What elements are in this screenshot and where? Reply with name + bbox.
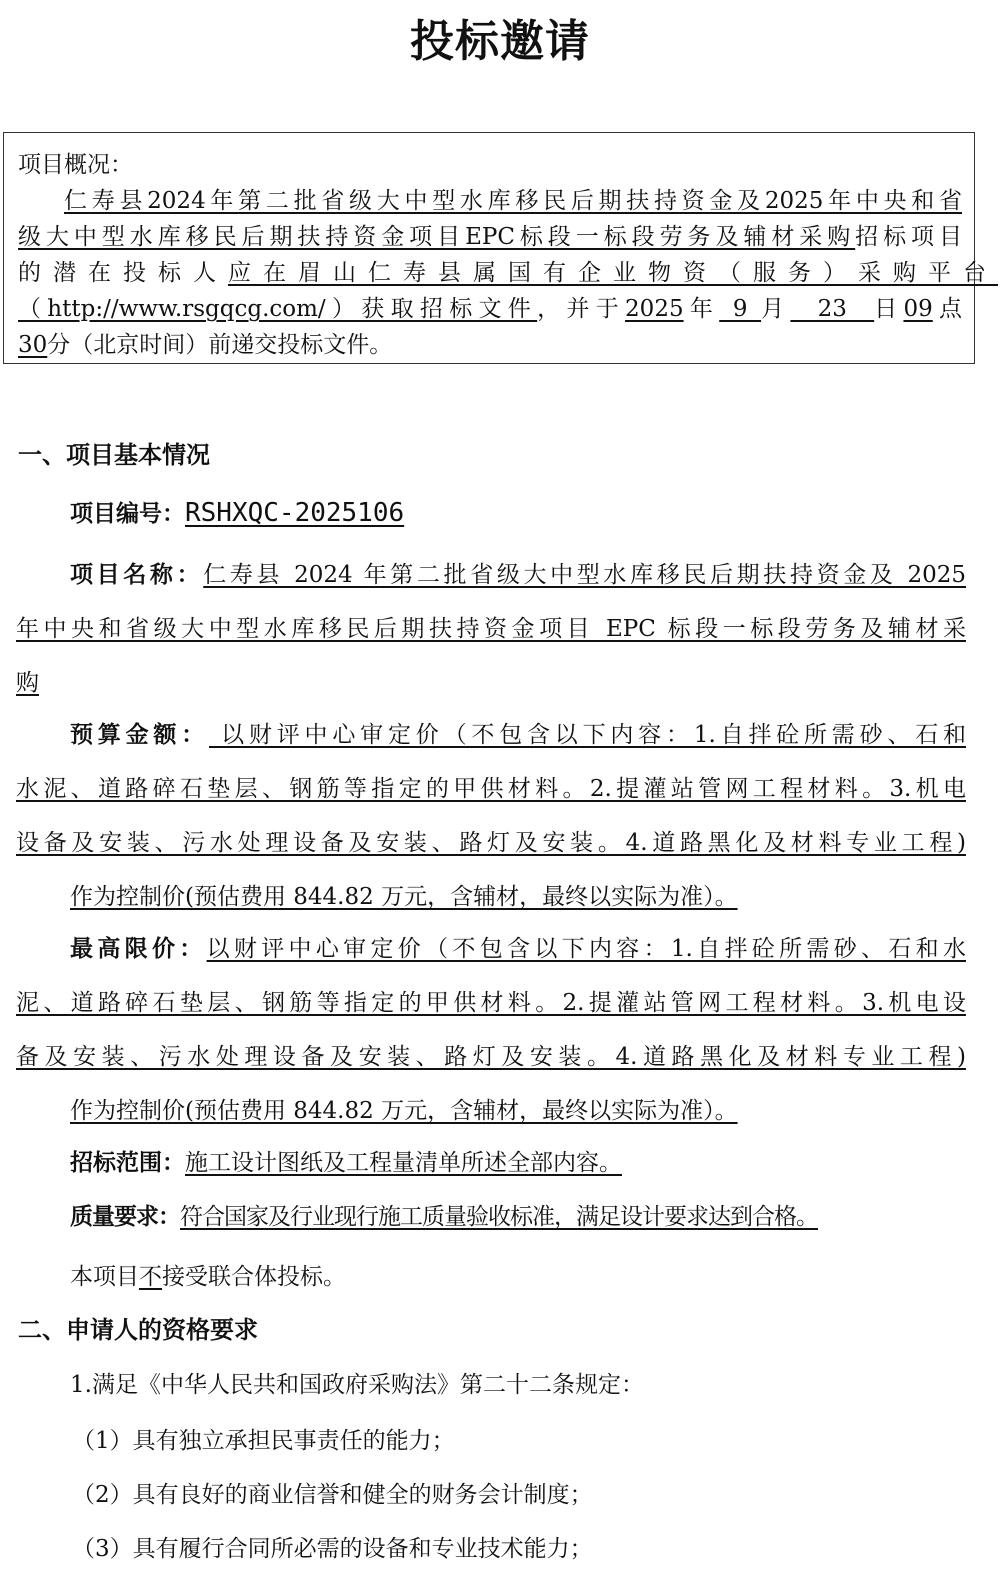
overview-text: ，并于 [537, 296, 625, 322]
consortium-emphasis: 不 [139, 1264, 162, 1290]
consortium-note: 本项目不接受联合体投标。 [16, 1250, 966, 1304]
overview-line-5: 30分（北京时间）前递交投标文件。 [18, 327, 962, 363]
project-name: 项目名称：仁寿县 2024 年第二批省级大中型水库移民后期扶持资金及 2025 … [16, 548, 966, 710]
budget-label: 预算金额： [70, 722, 209, 748]
quality-value: 符合国家及行业现行施工质量验收标准，满足设计要求达到合格。 [180, 1204, 818, 1230]
bid-scope: 招标范围：施工设计图纸及工程量清单所述全部内容。 [16, 1136, 966, 1190]
project-name-row-3: 购 [16, 656, 966, 710]
overview-text: 点 [933, 296, 962, 322]
overview-line-4: （http://www.rsgqcg.com/）获取招标文件，并于2025年 9… [18, 291, 962, 327]
max-price-row-1: 最高限价：以财评中心审定价（不包含以下内容：1.自拌砼所需砂、石和水 [16, 922, 966, 976]
max-price-value: 作为控制价(预估费用 844.82 万元，含辅材，最终以实际为准）。 [70, 1098, 738, 1124]
max-price-value: 备及安装、污水处理设备及安装、路灯及安装。4.道路黑化及材料专业工程) [16, 1044, 966, 1070]
budget-value: 作为控制价(预估费用 844.82 万元，含辅材，最终以实际为准）。 [70, 884, 738, 910]
overview-project-name-part2: 级大中型水库移民后期扶持资金项目EPC标段一标段劳务及辅材采购 [18, 224, 855, 250]
max-price: 最高限价：以财评中心审定价（不包含以下内容：1.自拌砼所需砂、石和水 泥、道路碎… [16, 922, 966, 1138]
overview-text: 分（北京时间）前递交投标文件。 [47, 332, 392, 358]
overview-heading: 项目概况： [18, 147, 962, 183]
deadline-month: 9 [719, 296, 761, 322]
project-name-value: 仁寿县 2024 年第二批省级大中型水库移民后期扶持资金及 2025 [203, 562, 966, 588]
deadline-minute: 30 [18, 332, 47, 358]
overview-platform-url-link[interactable]: （http://www.rsgqcg.com/）获取招标文件 [18, 296, 537, 322]
page-title: 投标邀请 [0, 14, 1000, 70]
budget-value: 设备及安装、污水处理设备及安装、路灯及安装。4.道路黑化及材料专业工程) [16, 830, 966, 856]
max-price-row-4: 作为控制价(预估费用 844.82 万元，含辅材，最终以实际为准）。 [16, 1084, 966, 1138]
deadline-hour: 09 [903, 296, 932, 322]
budget-value: 以财评中心审定价（不包含以下内容：1.自拌砼所需砂、石和 [209, 722, 966, 748]
budget-amount: 预算金额： 以财评中心审定价（不包含以下内容：1.自拌砼所需砂、石和 水泥、道路… [16, 708, 966, 924]
project-name-row-1: 项目名称：仁寿县 2024 年第二批省级大中型水库移民后期扶持资金及 2025 [16, 548, 966, 602]
overview-text: 日 [874, 296, 903, 322]
project-number: 项目编号：RSHXQC-2025106 [16, 486, 966, 540]
project-number-label: 项目编号： [70, 501, 185, 527]
bid-scope-row: 招标范围：施工设计图纸及工程量清单所述全部内容。 [16, 1136, 966, 1190]
budget-value: 水泥、道路碎石垫层、钢筋等指定的甲供材料。2.提灌站管网工程材料。3.机电 [16, 776, 966, 802]
consortium-text: 接受联合体投标。 [162, 1264, 346, 1290]
overview-text: 月 [761, 296, 790, 322]
deadline-day: 23 [790, 296, 874, 322]
budget-row-2: 水泥、道路碎石垫层、钢筋等指定的甲供材料。2.提灌站管网工程材料。3.机电 [16, 762, 966, 816]
quality-label: 质量要求： [70, 1204, 180, 1230]
budget-row-3: 设备及安装、污水处理设备及安装、路灯及安装。4.道路黑化及材料专业工程) [16, 816, 966, 870]
project-name-value: 年中央和省级大中型水库移民后期扶持资金项目 EPC 标段一标段劳务及辅材采 [16, 616, 966, 642]
consortium-text: 本项目 [70, 1264, 139, 1290]
overview-text: 年 [684, 296, 720, 322]
overview-project-name-part1: 仁寿县2024年第二批省级大中型水库移民后期扶持资金及2025年中央和省 [64, 188, 962, 214]
budget-row-4: 作为控制价(预估费用 844.82 万元，含辅材，最终以实际为准）。 [16, 870, 966, 924]
overview-text: 的潜在投标人 [18, 260, 228, 286]
max-price-row-3: 备及安装、污水处理设备及安装、路灯及安装。4.道路黑化及材料专业工程) [16, 1030, 966, 1084]
overview-text: 招标项目 [855, 224, 962, 250]
deadline-year: 2025 [625, 296, 684, 322]
qualification-item-1: （1）具有独立承担民事责任的能力； [72, 1424, 455, 1458]
section-heading-qualifications: 二、申请人的资格要求 [18, 1313, 258, 1347]
quality-requirement: 质量要求：符合国家及行业现行施工质量验收标准，满足设计要求达到合格。 [16, 1190, 966, 1244]
project-name-label: 项目名称： [70, 562, 203, 588]
overview-line-3: 的潜在投标人应在眉山仁寿县属国有企业物资（服务）采购平台 [18, 255, 962, 291]
max-price-value: 泥、道路碎石垫层、钢筋等指定的甲供材料。2.提灌站管网工程材料。3.机电设 [16, 990, 966, 1016]
bid-scope-label: 招标范围： [70, 1150, 185, 1176]
project-name-value: 购 [16, 670, 39, 696]
quality-row: 质量要求：符合国家及行业现行施工质量验收标准，满足设计要求达到合格。 [16, 1190, 966, 1244]
max-price-row-2: 泥、道路碎石垫层、钢筋等指定的甲供材料。2.提灌站管网工程材料。3.机电设 [16, 976, 966, 1030]
project-number-value: RSHXQC-2025106 [185, 498, 404, 528]
overview-line-1: 仁寿县2024年第二批省级大中型水库移民后期扶持资金及2025年中央和省 [18, 183, 962, 219]
project-number-row: 项目编号：RSHXQC-2025106 [16, 486, 966, 540]
overview-platform-name: 应在眉山仁寿县属国有企业物资（服务）采购平台 [228, 260, 998, 286]
max-price-value: 以财评中心审定价（不包含以下内容：1.自拌砼所需砂、石和水 [207, 936, 966, 962]
bid-scope-value: 施工设计图纸及工程量清单所述全部内容。 [185, 1150, 622, 1176]
max-price-label: 最高限价： [70, 936, 207, 962]
project-name-row-2: 年中央和省级大中型水库移民后期扶持资金项目 EPC 标段一标段劳务及辅材采 [16, 602, 966, 656]
qualification-item-2: （2）具有良好的商业信誉和健全的财务会计制度； [72, 1478, 593, 1512]
qualification-intro: 1.满足《中华人民共和国政府采购法》第二十二条规定： [70, 1368, 644, 1402]
consortium-row: 本项目不接受联合体投标。 [16, 1250, 966, 1304]
section-heading-basic-info: 一、项目基本情况 [18, 438, 210, 472]
project-overview-box: 项目概况： 仁寿县2024年第二批省级大中型水库移民后期扶持资金及2025年中央… [3, 132, 975, 364]
qualification-item-3: （3）具有履行合同所必需的设备和专业技术能力； [72, 1532, 593, 1566]
overview-line-2: 级大中型水库移民后期扶持资金项目EPC标段一标段劳务及辅材采购招标项目 [18, 219, 962, 255]
budget-row-1: 预算金额： 以财评中心审定价（不包含以下内容：1.自拌砼所需砂、石和 [16, 708, 966, 762]
